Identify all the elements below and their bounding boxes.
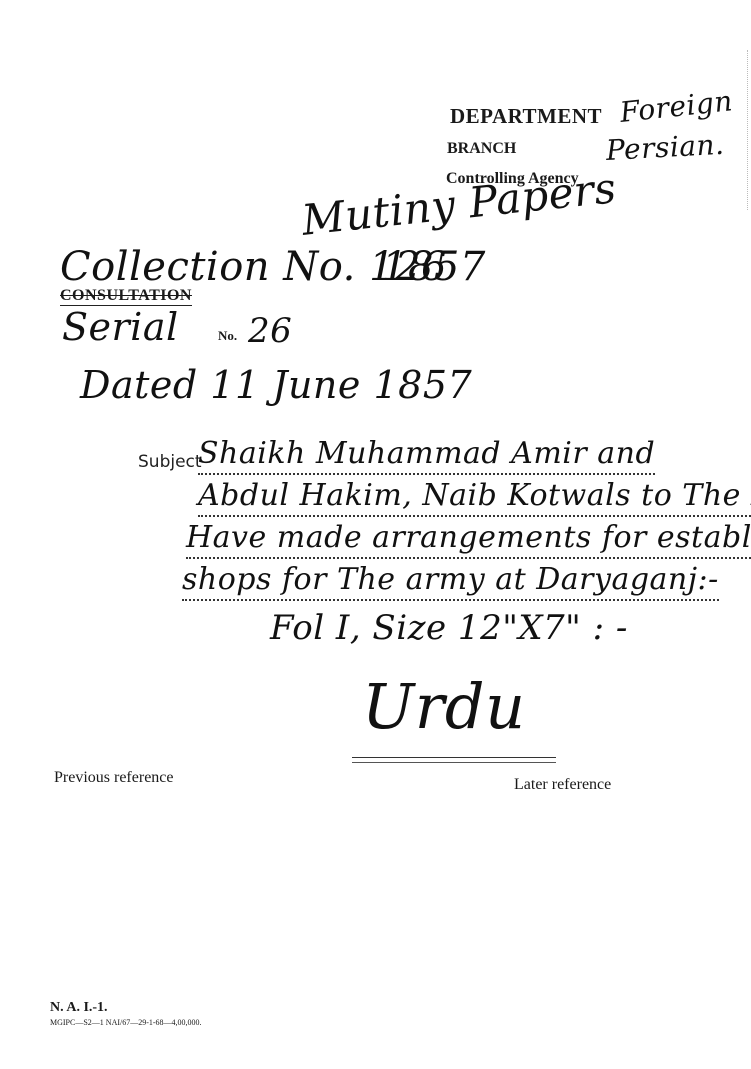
subject-label: Subject [138, 452, 202, 472]
language-note: Urdu [362, 670, 526, 743]
branch-label: BRANCH [447, 140, 516, 158]
serial-no-label: No. [218, 328, 237, 344]
collection-year: 1857 [382, 244, 486, 290]
form-number: N. A. I.-1. [50, 1000, 108, 1016]
department-label: DEPARTMENT [450, 104, 602, 129]
folio-size-note: Fol I, Size 12"X7" : - [270, 608, 628, 648]
previous-reference-label: Previous reference [54, 769, 174, 787]
language-underline [352, 757, 556, 763]
dated-line: Dated 11 June 1857 [80, 363, 472, 407]
consultation-label-struck: CONSULTATION [60, 287, 192, 305]
scan-edge-artifact [747, 50, 750, 210]
subject-text: Shaikh Muhammad Amir and [198, 436, 655, 475]
serial-number: 26 [248, 311, 292, 351]
subject-line-2: Abdul Hakim, Naib Kotwals to The King. [198, 478, 751, 513]
subject-line-3: Have made arrangements for establishing [186, 520, 751, 555]
subject-line-1: Shaikh Muhammad Amir and [198, 436, 655, 471]
subject-text: shops for The army at Daryaganj:- [182, 562, 719, 601]
department-value: Foreign [618, 84, 734, 129]
subject-text: Have made arrangements for establishing [186, 520, 751, 559]
later-reference-label: Later reference [514, 776, 611, 794]
subject-line-4: shops for The army at Daryaganj:- [182, 562, 719, 597]
serial-label: Serial [62, 305, 179, 349]
subject-text: Abdul Hakim, Naib Kotwals to The King. [198, 478, 751, 517]
branch-value: Persian. [605, 128, 725, 167]
printer-imprint: MGIPC—S2—1 NAI/67—29-1-68—4,00,000. [50, 1018, 202, 1027]
